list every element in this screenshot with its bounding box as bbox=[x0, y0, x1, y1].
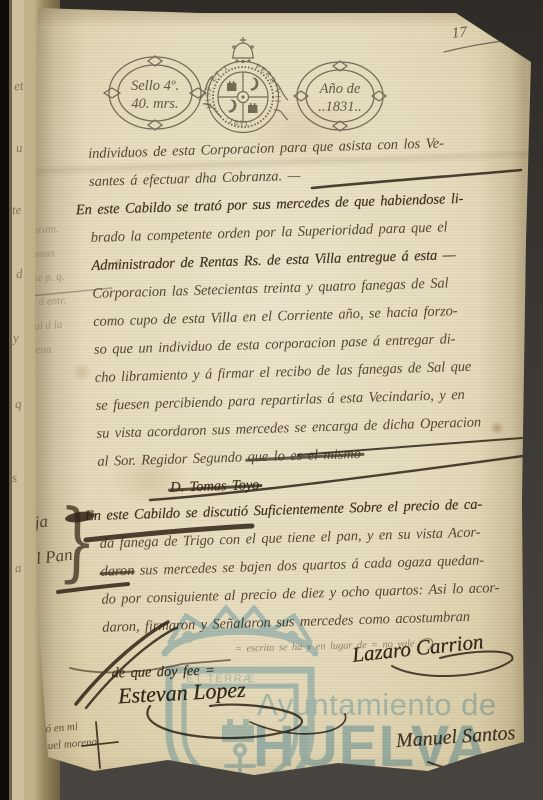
struck-text: daron bbox=[100, 563, 134, 580]
seal-year: ·1831· bbox=[224, 114, 255, 128]
stamp-year-label: Año de bbox=[319, 81, 361, 97]
anchor-icon bbox=[222, 745, 258, 786]
document-page: 17 Sello 4º. 40. mrs. bbox=[0, 0, 543, 800]
year-stamp bbox=[294, 61, 386, 131]
watermark-text-line1: Ayuntamiento de bbox=[257, 687, 497, 723]
struck-text: que lo es el mismo bbox=[247, 446, 361, 465]
castle-quarter-icon bbox=[248, 103, 257, 113]
stamp-value: 40. mrs. bbox=[131, 96, 178, 112]
manuscript-body: individuos de esta Corporacion para que … bbox=[88, 133, 540, 692]
stamp-year-value: ..1831.. bbox=[318, 99, 362, 115]
edge-text-fragment: s bbox=[11, 470, 17, 486]
edge-text-fragment: u bbox=[15, 140, 23, 156]
edge-text-fragment: te bbox=[11, 202, 21, 219]
edge-text-fragment: d bbox=[15, 266, 23, 282]
castle-icon bbox=[222, 719, 254, 742]
lion-quarter-icon bbox=[228, 100, 236, 113]
scanned-document: et u te d y q s a 17 Sello 4º. 40. mrs. bbox=[0, 0, 543, 800]
lion-quarter-icon bbox=[250, 78, 258, 91]
edge-text-fragment: et bbox=[13, 78, 23, 95]
stamp-denomination: Sello 4º. bbox=[131, 78, 179, 94]
seal-legend-right: FERD·VII·D·G bbox=[0, 0, 283, 109]
edge-text-fragment: y bbox=[12, 330, 19, 346]
signature: Estevan Lopez bbox=[117, 677, 246, 710]
royal-seal bbox=[208, 37, 289, 133]
crown-icon bbox=[232, 37, 254, 63]
edge-text-fragment: q bbox=[14, 396, 22, 412]
rubric-sig3 bbox=[428, 756, 516, 771]
page-number: 17 bbox=[451, 24, 468, 42]
rubric-sig2b bbox=[250, 714, 346, 734]
struck-name: D. Tomas Toyo bbox=[170, 477, 260, 496]
rubric-sig2 bbox=[147, 705, 302, 738]
edge-text-fragment: a bbox=[14, 560, 22, 576]
sello-40mrs-stamp bbox=[104, 56, 221, 130]
castle-quarter-icon bbox=[227, 81, 236, 91]
signature: Manuel Santos bbox=[395, 722, 516, 753]
